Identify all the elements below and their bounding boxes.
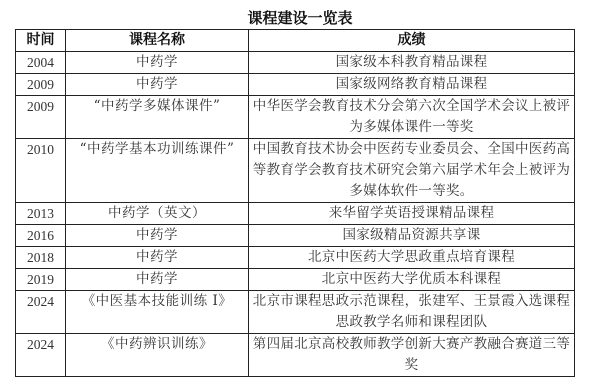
cell-achievement: 北京中医药大学思政重点培育课程 [249, 247, 575, 269]
cell-year: 2024 [16, 291, 66, 334]
table-row: 2024 《中医基本技能训练 I》 北京市课程思政示范课程，张建军、王景霞入选课… [16, 291, 575, 334]
cell-year: 2010 [16, 139, 66, 203]
table-row: 2009 “中药学多媒体课件” 中华医学会教育技术分会第六次全国学术会议上被评为… [16, 96, 575, 139]
table-row: 2010 “中药学基本功训练课件” 中国教育技术协会中医药专业委员会、全国中医药… [16, 139, 575, 203]
cell-year: 2009 [16, 74, 66, 96]
cell-course-name: “中药学基本功训练课件” [66, 139, 249, 203]
table-row: 2018 中药学 北京中医药大学思政重点培育课程 [16, 247, 575, 269]
table-header-row: 时间 课程名称 成绩 [16, 30, 575, 52]
cell-year: 2004 [16, 52, 66, 74]
header-achievement: 成绩 [249, 30, 575, 52]
cell-achievement: 来华留学英语授课精品课程 [249, 203, 575, 225]
header-course-name: 课程名称 [66, 30, 249, 52]
cell-achievement: 北京中医药大学优质本科课程 [249, 269, 575, 291]
cell-course-name: 《中医基本技能训练 I》 [66, 291, 249, 334]
cell-year: 2016 [16, 225, 66, 247]
cell-year: 2018 [16, 247, 66, 269]
table-row: 2019 中药学 北京中医药大学优质本科课程 [16, 269, 575, 291]
cell-achievement: 国家级精品资源共享课 [249, 225, 575, 247]
table-row: 2016 中药学 国家级精品资源共享课 [16, 225, 575, 247]
cell-course-name: 中药学（英文） [66, 203, 249, 225]
cell-course-name: “中药学多媒体课件” [66, 96, 249, 139]
table-row: 2013 中药学（英文） 来华留学英语授课精品课程 [16, 203, 575, 225]
cell-course-name: 《中药辨识训练》 [66, 334, 249, 377]
course-development-table: 时间 课程名称 成绩 2004 中药学 国家级本科教育精品课程 2009 中药学… [15, 29, 575, 377]
cell-achievement: 国家级本科教育精品课程 [249, 52, 575, 74]
cell-achievement: 国家级网络教育精品课程 [249, 74, 575, 96]
cell-year: 2009 [16, 96, 66, 139]
cell-course-name: 中药学 [66, 247, 249, 269]
cell-course-name: 中药学 [66, 74, 249, 96]
cell-achievement: 第四届北京高校教师教学创新大赛产教融合赛道三等奖 [249, 334, 575, 377]
table-row: 2024 《中药辨识训练》 第四届北京高校教师教学创新大赛产教融合赛道三等奖 [16, 334, 575, 377]
cell-year: 2019 [16, 269, 66, 291]
cell-achievement: 北京市课程思政示范课程，张建军、王景霞入选课程思政教学名师和课程团队 [249, 291, 575, 334]
cell-course-name: 中药学 [66, 225, 249, 247]
cell-achievement: 中国教育技术协会中医药专业委员会、全国中医药高等教育学会教育技术研究会第六届学术… [249, 139, 575, 203]
table-row: 2004 中药学 国家级本科教育精品课程 [16, 52, 575, 74]
table-title: 课程建设一览表 [0, 8, 600, 28]
cell-year: 2024 [16, 334, 66, 377]
cell-course-name: 中药学 [66, 52, 249, 74]
cell-year: 2013 [16, 203, 66, 225]
table-row: 2009 中药学 国家级网络教育精品课程 [16, 74, 575, 96]
cell-achievement: 中华医学会教育技术分会第六次全国学术会议上被评为多媒体课件一等奖 [249, 96, 575, 139]
cell-course-name: 中药学 [66, 269, 249, 291]
header-year: 时间 [16, 30, 66, 52]
